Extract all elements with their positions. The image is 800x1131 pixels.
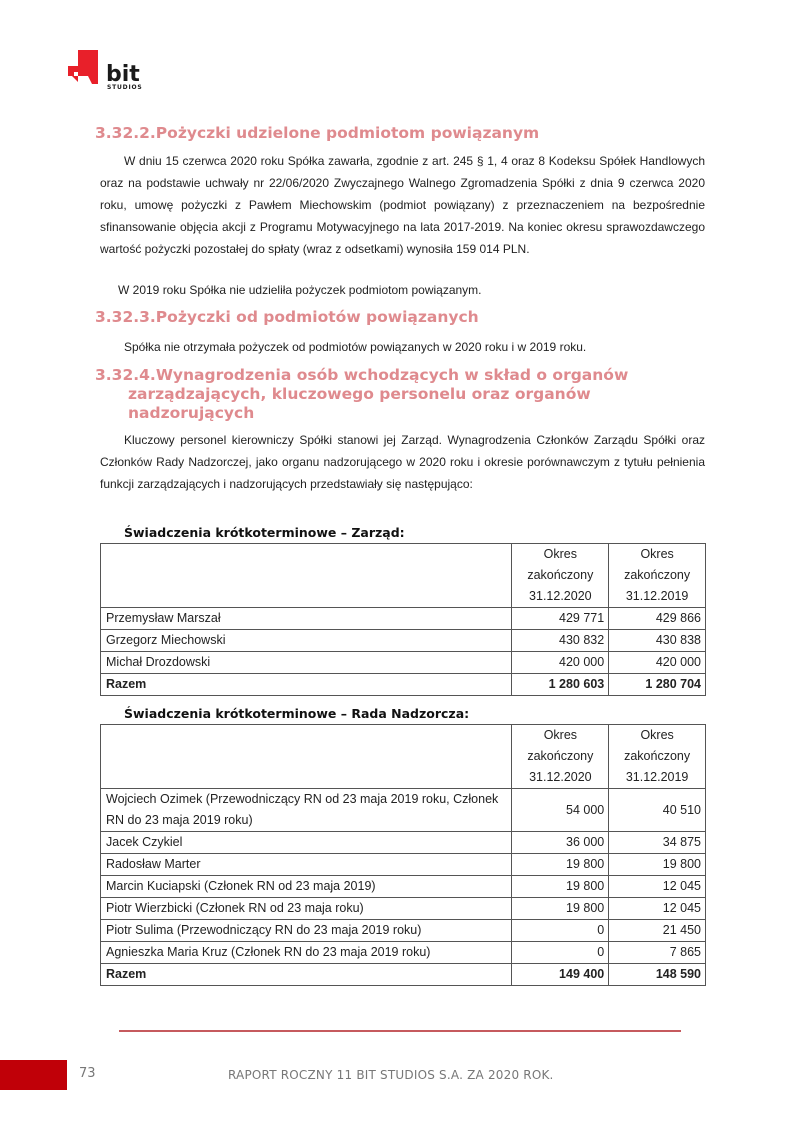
table-header-row: Okres zakończony 31.12.2020 Okres zakońc… (101, 544, 706, 608)
row-value-2020: 0 (512, 920, 609, 942)
section-heading-3-32-4: 3.32.4.Wynagrodzenia osób wchodzących w … (95, 366, 628, 423)
paragraph-2019-no-loans: W 2019 roku Spółka nie udzieliła pożycze… (100, 279, 705, 301)
row-name: Michał Drozdowski (101, 652, 512, 674)
row-value-2019: 420 000 (609, 652, 706, 674)
total-value-2019: 148 590 (609, 964, 706, 986)
row-value-2020: 19 800 (512, 854, 609, 876)
table-row: Michał Drozdowski 420 000 420 000 (101, 652, 706, 674)
table-row: Piotr Wierzbicki (Członek RN od 23 maja … (101, 898, 706, 920)
row-value-2020: 36 000 (512, 832, 609, 854)
table-row: Marcin Kuciapski (Członek RN od 23 maja … (101, 876, 706, 898)
paragraph-text: W 2019 roku Spółka nie udzieliła pożycze… (118, 283, 482, 297)
table-header-row: Okres zakończony 31.12.2020 Okres zakońc… (101, 725, 706, 789)
row-value-2020: 420 000 (512, 652, 609, 674)
header-empty-cell (101, 544, 512, 608)
row-value-2020: 19 800 (512, 876, 609, 898)
header-line: zakończony (609, 746, 705, 767)
header-line: 31.12.2020 (512, 767, 608, 788)
header-line: 31.12.2020 (512, 586, 608, 607)
row-value-2020: 430 832 (512, 630, 609, 652)
row-name: Marcin Kuciapski (Członek RN od 23 maja … (101, 876, 512, 898)
table-row: Grzegorz Miechowski 430 832 430 838 (101, 630, 706, 652)
footer-accent-block (0, 1060, 67, 1090)
paragraph-text: Spółka nie otrzymała pożyczek od podmiot… (124, 340, 586, 354)
header-empty-cell (101, 725, 512, 789)
table-row: Agnieszka Maria Kruz (Członek RN do 23 m… (101, 942, 706, 964)
footer-text: RAPORT ROCZNY 11 BIT STUDIOS S.A. ZA 202… (228, 1068, 554, 1082)
row-name: Jacek Czykiel (101, 832, 512, 854)
page-number: 73 (79, 1066, 96, 1081)
table-caption-zarzad: Świadczenia krótkoterminowe – Zarząd: (124, 525, 405, 540)
header-line: 31.12.2019 (609, 767, 705, 788)
header-line: Okres (609, 544, 705, 565)
row-value-2019: 12 045 (609, 898, 706, 920)
header-line: zakończony (512, 746, 608, 767)
header-2019: Okres zakończony 31.12.2019 (609, 725, 706, 789)
header-2020: Okres zakończony 31.12.2020 (512, 725, 609, 789)
row-value-2019: 7 865 (609, 942, 706, 964)
table-total-row: Razem 149 400 148 590 (101, 964, 706, 986)
row-value-2020: 0 (512, 942, 609, 964)
header-line: zakończony (609, 565, 705, 586)
logo-mark-icon (66, 48, 106, 88)
row-value-2019: 12 045 (609, 876, 706, 898)
header-2020: Okres zakończony 31.12.2020 (512, 544, 609, 608)
table-total-row: Razem 1 280 603 1 280 704 (101, 674, 706, 696)
footer-divider (119, 1030, 681, 1032)
heading-line: nadzorujących (95, 404, 628, 423)
total-value-2019: 1 280 704 (609, 674, 706, 696)
header-line: zakończony (512, 565, 608, 586)
total-value-2020: 149 400 (512, 964, 609, 986)
row-name: Piotr Wierzbicki (Członek RN od 23 maja … (101, 898, 512, 920)
total-label: Razem (101, 964, 512, 986)
company-logo: bit STUDIOS (66, 48, 156, 92)
row-value-2019: 21 450 (609, 920, 706, 942)
heading-line: Wynagrodzenia osób wchodzących w skład o… (156, 366, 628, 384)
section-heading-3-32-3: 3.32.3.Pożyczki od podmiotów powiązanych (95, 308, 479, 327)
row-name: Wojciech Ozimek (Przewodniczący RN od 23… (101, 789, 512, 832)
paragraph-text: Kluczowy personel kierowniczy Spółki sta… (100, 433, 705, 491)
row-value-2020: 19 800 (512, 898, 609, 920)
header-line: Okres (609, 725, 705, 746)
heading-number: 3.32.4. (95, 366, 156, 384)
table-row: Przemysław Marszał 429 771 429 866 (101, 608, 706, 630)
paragraph-key-personnel: Kluczowy personel kierowniczy Spółki sta… (100, 429, 705, 495)
table-row: Wojciech Ozimek (Przewodniczący RN od 23… (101, 789, 706, 832)
row-name: Agnieszka Maria Kruz (Członek RN do 23 m… (101, 942, 512, 964)
table-zarzad: Okres zakończony 31.12.2020 Okres zakońc… (100, 543, 706, 696)
logo-text: bit (106, 64, 140, 86)
paragraph-loan-granted: W dniu 15 czerwca 2020 roku Spółka zawar… (100, 150, 705, 260)
row-name: Piotr Sulima (Przewodniczący RN do 23 ma… (101, 920, 512, 942)
row-name: Radosław Marter (101, 854, 512, 876)
header-line: Okres (512, 544, 608, 565)
row-value-2020: 429 771 (512, 608, 609, 630)
row-value-2020: 54 000 (512, 789, 609, 832)
header-2019: Okres zakończony 31.12.2019 (609, 544, 706, 608)
row-value-2019: 430 838 (609, 630, 706, 652)
table-rada-nadzorcza: Okres zakończony 31.12.2020 Okres zakońc… (100, 724, 706, 986)
row-name: Grzegorz Miechowski (101, 630, 512, 652)
table-caption-rada: Świadczenia krótkoterminowe – Rada Nadzo… (124, 706, 469, 721)
row-value-2019: 34 875 (609, 832, 706, 854)
row-name: Przemysław Marszał (101, 608, 512, 630)
header-line: Okres (512, 725, 608, 746)
total-label: Razem (101, 674, 512, 696)
header-line: 31.12.2019 (609, 586, 705, 607)
paragraph-loans-received: Spółka nie otrzymała pożyczek od podmiot… (100, 336, 705, 358)
paragraph-text: W dniu 15 czerwca 2020 roku Spółka zawar… (100, 154, 705, 256)
table-row: Jacek Czykiel 36 000 34 875 (101, 832, 706, 854)
section-heading-3-32-2: 3.32.2.Pożyczki udzielone podmiotom powi… (95, 124, 539, 143)
row-value-2019: 19 800 (609, 854, 706, 876)
logo-subtext: STUDIOS (107, 85, 143, 91)
table-row: Radosław Marter 19 800 19 800 (101, 854, 706, 876)
heading-line: zarządzających, kluczowego personelu ora… (95, 385, 628, 404)
total-value-2020: 1 280 603 (512, 674, 609, 696)
row-value-2019: 40 510 (609, 789, 706, 832)
table-row: Piotr Sulima (Przewodniczący RN do 23 ma… (101, 920, 706, 942)
row-value-2019: 429 866 (609, 608, 706, 630)
